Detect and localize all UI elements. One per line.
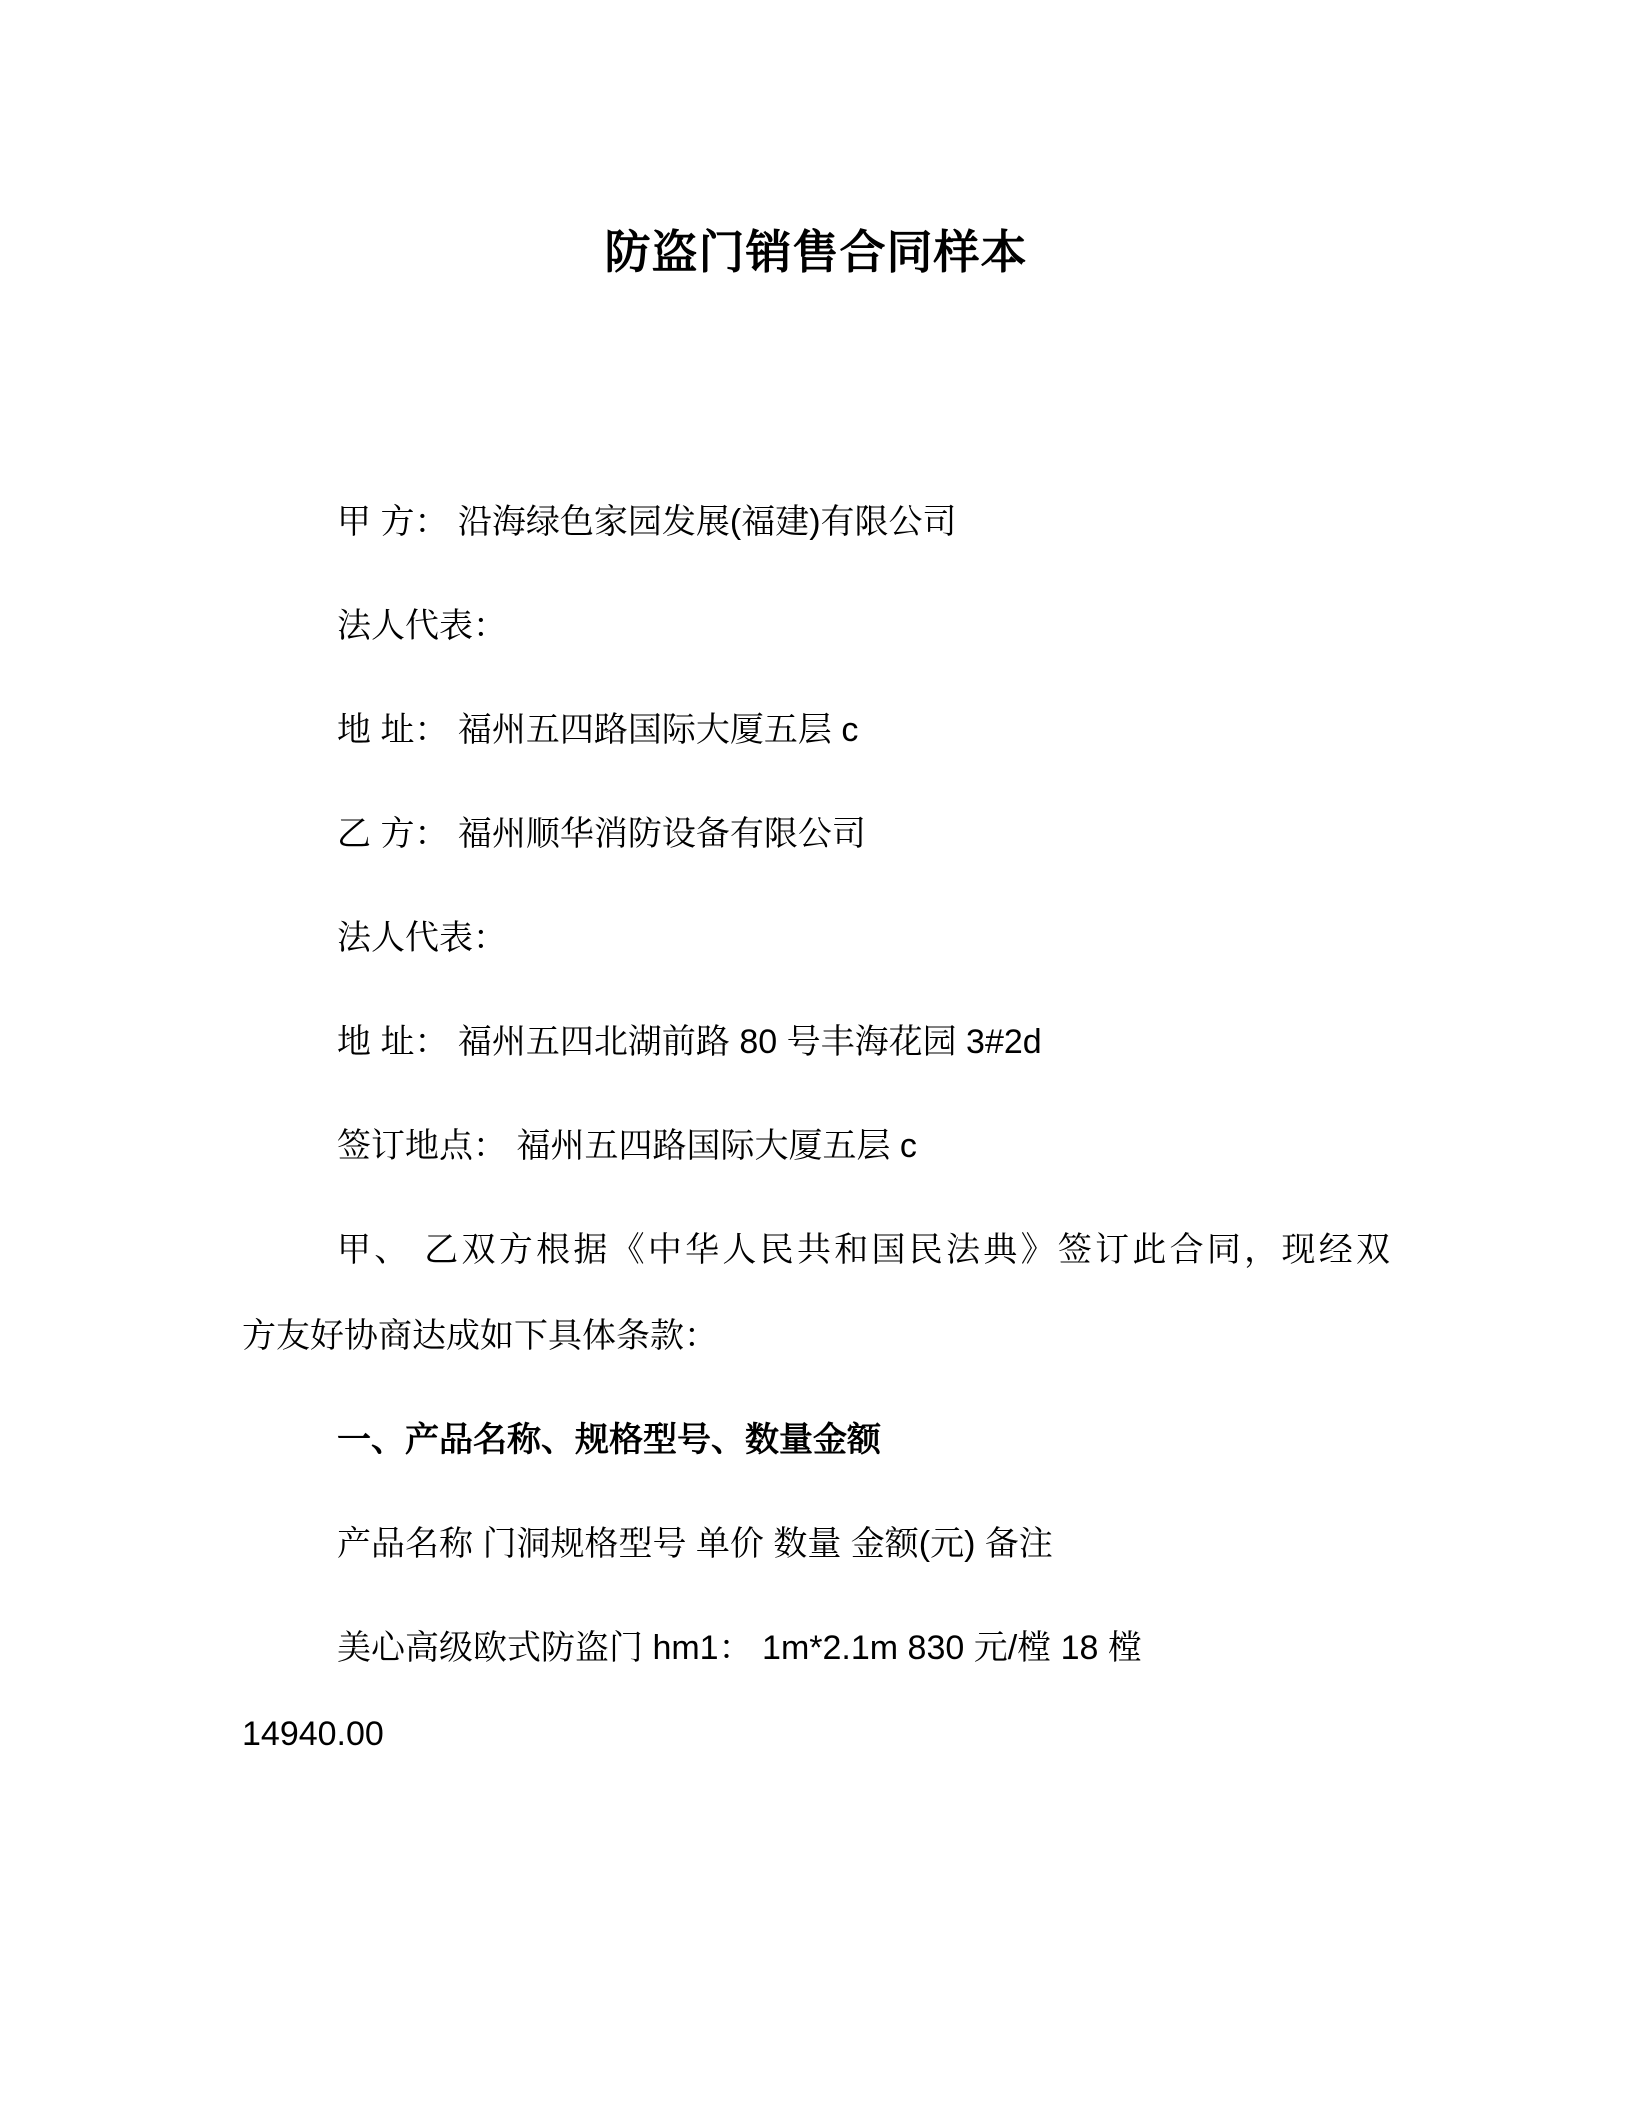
preamble-line-2: 方友好协商达成如下具体条款： — [242, 1293, 1390, 1379]
product-row-line-2: 14940.00 — [242, 1691, 1390, 1777]
preamble-line-1: 甲、 乙双方根据《中华人民共和国民法典》签订此合同，现经双 — [242, 1207, 1390, 1293]
address-b-line: 地 址： 福州五四北湖前路 80 号丰海花园 3#2d — [242, 999, 1390, 1085]
document-page: 防盗门销售合同样本 甲 方： 沿海绿色家园发展(福建)有限公司 法人代表： 地 … — [0, 0, 1632, 2112]
address-a-line: 地 址： 福州五四路国际大厦五层 c — [242, 687, 1390, 773]
document-title: 防盗门销售合同样本 — [242, 0, 1390, 278]
contract-body: 甲 方： 沿海绿色家园发展(福建)有限公司 法人代表： 地 址： 福州五四路国际… — [242, 479, 1390, 1777]
product-row-line-1: 美心高级欧式防盗门 hm1： 1m*2.1m 830 元/樘 18 樘 — [242, 1605, 1390, 1691]
legal-rep-a-line: 法人代表： — [242, 583, 1390, 669]
table-header-line: 产品名称 门洞规格型号 单价 数量 金额(元) 备注 — [242, 1501, 1390, 1587]
document-content: 防盗门销售合同样本 甲 方： 沿海绿色家园发展(福建)有限公司 法人代表： 地 … — [0, 0, 1632, 1777]
legal-rep-b-line: 法人代表： — [242, 895, 1390, 981]
signing-place-line: 签订地点： 福州五四路国际大厦五层 c — [242, 1103, 1390, 1189]
party-b-line: 乙 方： 福州顺华消防设备有限公司 — [242, 791, 1390, 877]
party-a-line: 甲 方： 沿海绿色家园发展(福建)有限公司 — [242, 479, 1390, 565]
section-1-heading: 一、产品名称、规格型号、数量金额 — [242, 1397, 1390, 1483]
